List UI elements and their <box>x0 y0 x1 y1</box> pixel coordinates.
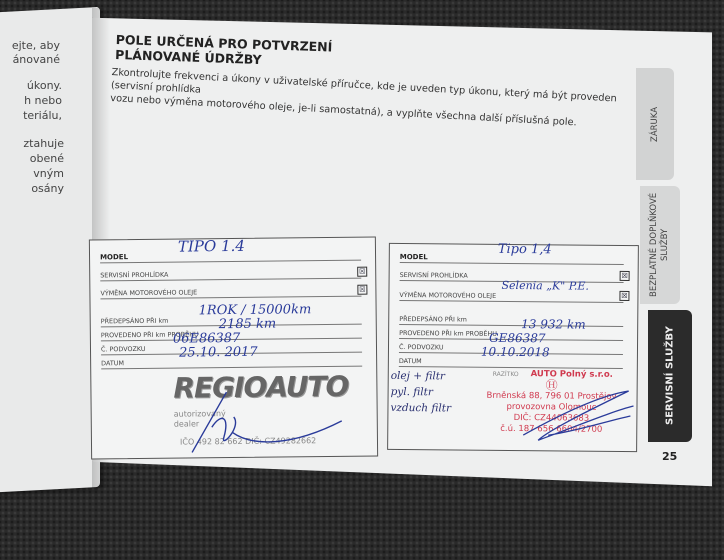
service-checkbox[interactable]: ☒ <box>620 271 630 281</box>
note-line: vzduch filtr <box>390 402 451 415</box>
signature-1 <box>171 386 352 458</box>
signature-2 <box>518 385 639 446</box>
note-line: olej + filtr <box>391 370 445 382</box>
note-line: pyl. filtr <box>391 386 433 398</box>
chassis-label: Č. PODVOZKU <box>399 343 444 352</box>
service-label: SERVISNÍ PROHLÍDKA <box>400 271 468 281</box>
page-number: 25 <box>662 450 677 463</box>
oil-note: Selenia „K" P.E. <box>501 279 589 293</box>
oil-checkbox[interactable]: ☒ <box>619 291 629 301</box>
date-value: 25.10. 2017 <box>179 345 258 361</box>
left-line: obené <box>0 151 64 167</box>
model-label: MODEL <box>400 253 428 262</box>
service-checkbox[interactable]: ☒ <box>357 267 367 277</box>
oil-row: VÝMĚNA MOTOROVÉHO OLEJE☒ <box>100 282 361 300</box>
service-row: SERVISNÍ PROHLÍDKA☒ <box>100 264 361 282</box>
tab-bezplatne-sluzby[interactable]: BEZPLATNÉ DOPLŇKOVÉ SLUŽBY <box>640 186 680 304</box>
left-line: h nebo <box>0 93 62 109</box>
performed-value: 2185 km <box>219 317 277 333</box>
left-line: úkony. <box>0 78 62 94</box>
left-line: teriálu, <box>0 108 62 124</box>
chassis-label: Č. PODVOZKU <box>101 345 146 354</box>
left-line: osány <box>0 181 64 197</box>
left-line: ztahuje <box>0 136 64 152</box>
model-label: MODEL <box>100 253 128 262</box>
service-record-card-1: MODEL TIPO 1.4 SERVISNÍ PROHLÍDKA☒ VÝMĚN… <box>89 237 378 460</box>
left-line: vným <box>0 166 64 182</box>
oil-label: VÝMĚNA MOTOROVÉHO OLEJE <box>100 288 197 298</box>
performed-value: 13 932 km <box>521 317 586 332</box>
service-record-card-2: MODEL Tipo 1,4 SERVISNÍ PROHLÍDKA☒ VÝMĚN… <box>387 243 639 452</box>
date-value: 10.10.2018 <box>481 345 550 360</box>
oil-checkbox[interactable]: ☒ <box>357 285 367 295</box>
date-label: DATUM <box>101 359 124 368</box>
date-label: DATUM <box>399 357 422 366</box>
service-label: SERVISNÍ PROHLÍDKA <box>100 271 168 281</box>
tab-servisni-sluzby[interactable]: SERVISNÍ SLUŽBY <box>648 310 692 442</box>
left-line: ánované <box>0 52 60 68</box>
model-value: Tipo 1,4 <box>498 242 552 257</box>
model-value: TIPO 1.4 <box>178 237 245 256</box>
oil-label: VÝMĚNA MOTOROVÉHO OLEJE <box>399 291 496 301</box>
chassis-value: GE86387 <box>489 331 546 345</box>
tab-zaruka[interactable]: ZÁRUKA <box>636 68 674 180</box>
